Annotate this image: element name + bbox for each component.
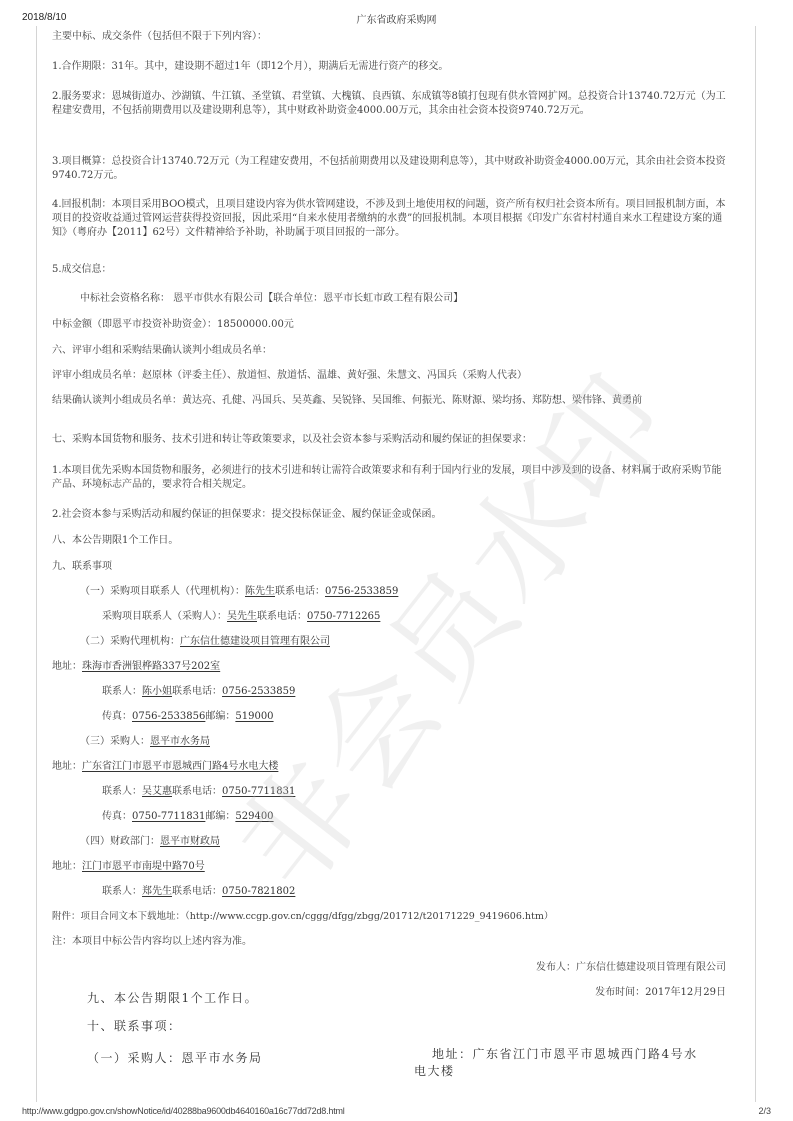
- winning-amount: 中标金额（即恩平市投资补助资金）：18500000.00元: [52, 318, 730, 332]
- fax-label: 传真：: [102, 711, 132, 722]
- contact-label: 联系人：: [102, 886, 142, 897]
- term-item-1: 1.合作期限：31年。其中，建设期不超过1年（即12个月），期满后无需进行资产的…: [52, 60, 730, 74]
- section-8: 八、本公告期限1个工作日。: [52, 534, 730, 548]
- address-label: 地址：: [52, 661, 82, 672]
- zip-label: 邮编：: [205, 811, 235, 822]
- term-item-5-title: 5.成交信息：: [52, 263, 730, 277]
- agency-contact-name[interactable]: 陈小姐: [142, 686, 172, 697]
- finance-label: （四）财政部门：: [80, 836, 160, 847]
- purchaser-contact-row: 联系人：吴艾惠联系电话：0750-7711831: [52, 785, 780, 799]
- finance-contact-row: 联系人：郑先生联系电话：0750-7821802: [52, 885, 780, 899]
- contact-label: 联系人：: [102, 786, 142, 797]
- agency-zip[interactable]: 519000: [235, 711, 273, 722]
- site-title: 广东省政府采购网: [0, 11, 793, 26]
- contact-purchaser-phone[interactable]: 0750-7712265: [307, 611, 380, 622]
- term-item-4: 4.回报机制：本项目采用BOO模式，且项目建设内容为供水管网建设，不涉及到土地使…: [52, 198, 730, 240]
- contact-agent-label: （一）采购项目联系人（代理机构）：: [80, 586, 245, 597]
- confirm-panel-list: 结果确认谈判小组成员名单：黄达亮、孔健、冯国兵、吴英鑫、吴锐锋、吴国维、何振光、…: [52, 394, 730, 408]
- purchaser-contact-phone[interactable]: 0750-7711831: [222, 786, 295, 797]
- finance-name[interactable]: 恩平市财政局: [160, 836, 220, 847]
- contact-purchaser-name[interactable]: 吴先生: [227, 611, 257, 622]
- finance-contact-name[interactable]: 郑先生: [142, 886, 172, 897]
- address-label: 地址：: [52, 861, 82, 872]
- zip-label: 邮编：: [205, 711, 235, 722]
- section-7-item-1: 1.本项目优先采购本国货物和服务，必须进行的技术引进和转让需符合政策要求和有利于…: [52, 464, 730, 492]
- address-label: 地址：: [52, 761, 82, 772]
- footer-url[interactable]: http://www.gdgpo.gov.cn/showNotice/id/40…: [22, 1106, 345, 1116]
- agency-contact-row: 联系人：陈小姐联系电话：0756-2533859: [52, 685, 780, 699]
- appendix-notice-period: 九、本公告期限1个工作日。: [87, 990, 258, 1007]
- phone-label: 联系电话：: [172, 886, 222, 897]
- purchaser-contact-name[interactable]: 吴艾惠: [142, 786, 172, 797]
- section-9-title: 九、联系事项: [52, 560, 730, 574]
- fax-label: 传真：: [102, 811, 132, 822]
- term-item-3: 3.项目概算：总投资合计13740.72万元（为工程建安费用，不包括前期费用以及…: [52, 155, 730, 183]
- publisher: 发布人：广东信仕德建设项目管理有限公司: [52, 961, 726, 975]
- contact-purchaser-label: 采购项目联系人（采购人）：: [102, 611, 227, 622]
- agency-fax-row: 传真：0756-2533856邮编：519000: [52, 710, 780, 724]
- section-7-title: 七、采购本国货物和服务、技术引进和转让等政策要求，以及社会资本参与采购活动和履约…: [52, 433, 730, 447]
- review-panel-list: 评审小组成员名单：赵原林（评委主任）、敖道恒、敖道恬、温雄、黄好强、朱慧文、冯国…: [52, 369, 730, 383]
- page-number: 2/3: [758, 1106, 771, 1116]
- footnote: 注：本项目中标公告内容均以上述内容为准。: [52, 935, 730, 949]
- purchaser-address-row: 地址：广东省江门市恩平市恩城西门路4号水电大楼: [52, 760, 730, 774]
- agency-fax[interactable]: 0756-2533856: [132, 711, 205, 722]
- section-6-title: 六、评审小组和采购结果确认谈判小组成员名单：: [52, 344, 730, 358]
- phone-label: 联系电话：: [172, 786, 222, 797]
- appendix-purchaser: （一）采购人：恩平市水务局: [87, 1050, 263, 1067]
- purchaser-fax[interactable]: 0750-7711831: [132, 811, 205, 822]
- agency-contact-phone[interactable]: 0756-2533859: [222, 686, 295, 697]
- contact-agent-name[interactable]: 陈先生: [245, 586, 275, 597]
- phone-label: 联系电话：: [172, 686, 222, 697]
- contact-label: 联系人：: [102, 686, 142, 697]
- phone-label: 联系电话：: [257, 611, 307, 622]
- agency-name[interactable]: 广东信仕德建设项目管理有限公司: [180, 636, 330, 647]
- finance-address[interactable]: 江门市恩平市南堤中路70号: [82, 861, 205, 872]
- purchaser-zip[interactable]: 529400: [235, 811, 273, 822]
- appendix-address-line-1: 地址：广东省江门市恩平市恩城西门路4号水: [432, 1046, 698, 1063]
- finance-row: （四）财政部门：恩平市财政局: [52, 835, 758, 849]
- term-item-2: 2.服务要求：恩城街道办、沙湖镇、牛江镇、圣堂镇、君堂镇、大槐镇、良西镇、东成镇…: [52, 90, 730, 118]
- agency-address-row: 地址：珠海市香洲银桦路337号202室: [52, 660, 730, 674]
- agency-row: （二）采购代理机构：广东信仕德建设项目管理有限公司: [52, 635, 758, 649]
- purchaser-address[interactable]: 广东省江门市恩平市恩城西门路4号水电大楼: [82, 761, 278, 772]
- contact-purchaser-row: 采购项目联系人（采购人）：吴先生联系电话：0750-7712265: [52, 610, 780, 624]
- winner-info: 中标社会资格名称： 恩平市供水有限公司【联合单位：恩平市长虹市政工程有限公司】: [52, 292, 758, 306]
- section-7-item-2: 2.社会资本参与采购活动和履约保证的担保要求：提交投标保证金、履约保证金或保函。: [52, 508, 730, 522]
- contact-agent-phone[interactable]: 0756-2533859: [325, 586, 398, 597]
- purchaser-label: （三）采购人：: [80, 736, 150, 747]
- agency-address[interactable]: 珠海市香洲银桦路337号202室: [82, 661, 220, 672]
- finance-address-row: 地址：江门市恩平市南堤中路70号: [52, 860, 730, 874]
- phone-label: 联系电话：: [275, 586, 325, 597]
- agency-label: （二）采购代理机构：: [80, 636, 180, 647]
- finance-contact-phone[interactable]: 0750-7821802: [222, 886, 295, 897]
- appendix-contact-title: 十、联系事项：: [87, 1018, 182, 1035]
- contact-agent-row: （一）采购项目联系人（代理机构）：陈先生联系电话：0756-2533859: [52, 585, 758, 599]
- attachment-link[interactable]: 附件：项目合同文本下载地址：（http://www.ccgp.gov.cn/cg…: [52, 910, 730, 924]
- appendix-address-line-2: 电大楼: [414, 1063, 455, 1080]
- purchaser-name[interactable]: 恩平市水务局: [150, 736, 210, 747]
- conditions-intro: 主要中标、成交条件（包括但不限于下列内容）：: [52, 30, 730, 44]
- purchaser-fax-row: 传真：0750-7711831邮编：529400: [52, 810, 780, 824]
- purchaser-row: （三）采购人：恩平市水务局: [52, 735, 758, 749]
